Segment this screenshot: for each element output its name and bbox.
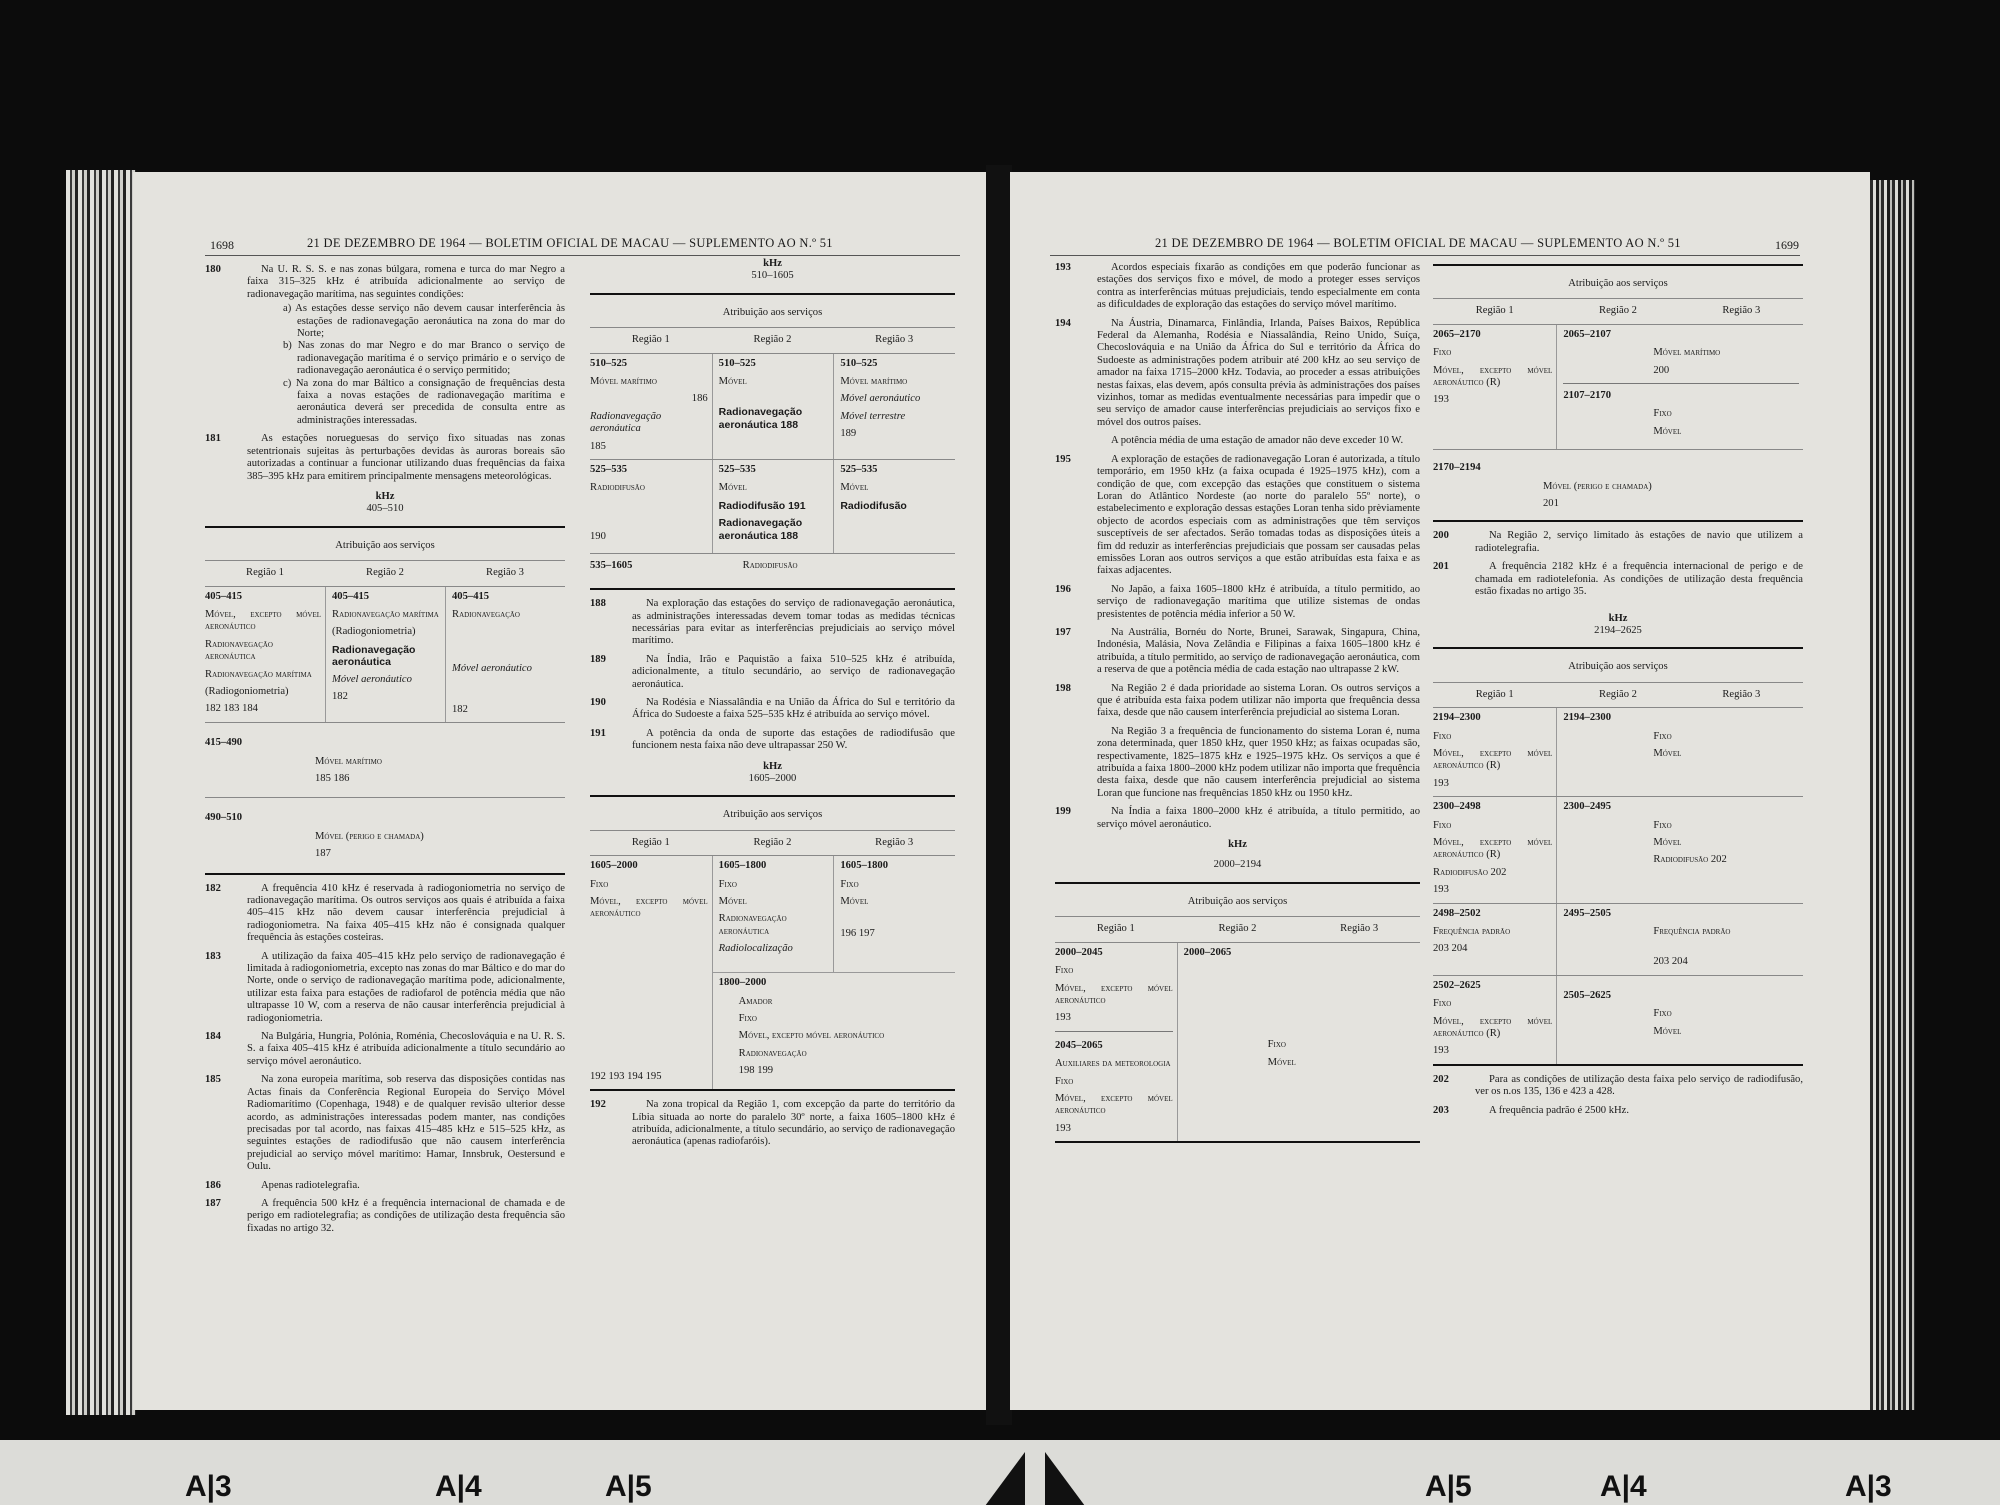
film-arrow-right-icon bbox=[1045, 1452, 1085, 1505]
left-column-1: 180 Na U. R. S. S. e nas zonas búlgara, … bbox=[205, 264, 565, 1241]
footnote-194-cont: A potência média de uma estação de amado… bbox=[1055, 435, 1420, 447]
film-marker: A|3 bbox=[185, 1470, 232, 1504]
footnote-188: 188Na exploração das estações do serviço… bbox=[590, 598, 955, 648]
book-page-edges-right bbox=[1870, 180, 1915, 1410]
footnote-195: 195A exploração de estações de radionave… bbox=[1055, 454, 1420, 578]
footnote-187: 187A frequência 500 kHz é a frequência i… bbox=[205, 1198, 565, 1235]
allocation-table-510-1605: kHz 510–1605 Atribuição aos serviços Reg… bbox=[590, 258, 955, 590]
film-marker: A|4 bbox=[435, 1470, 482, 1504]
allocation-table-2000-2194-cont: Atribuição aos serviços Região 1 Região … bbox=[1433, 278, 1803, 522]
footnote-200: 200Na Região 2, serviço limitado às esta… bbox=[1433, 530, 1803, 555]
footnote-202: 202Para as condições de utilização desta… bbox=[1433, 1074, 1803, 1099]
film-arrow-left-icon bbox=[985, 1452, 1025, 1505]
running-head: 21 DE DEZEMBRO DE 1964 — BOLETIM OFICIAL… bbox=[1155, 236, 1681, 251]
footnote-180: 180 Na U. R. S. S. e nas zonas búlgara, … bbox=[205, 264, 565, 427]
footnote-191: 191A potência da onda de suporte das est… bbox=[590, 728, 955, 753]
allocation-table-2000-2194: kHz 2000–2194 Atribuição aos serviços Re… bbox=[1055, 839, 1420, 1143]
film-marker: A|5 bbox=[1425, 1470, 1472, 1504]
footnote-198-cont: Na Região 3 a frequência de funcionament… bbox=[1055, 726, 1420, 800]
footnote-194: 194Na Áustria, Dinamarca, Finlândia, Irl… bbox=[1055, 318, 1420, 430]
footnote-197: 197Na Austrália, Bornéu do Norte, Brunei… bbox=[1055, 627, 1420, 677]
footnote-185: 185Na zona europeia marítima, sob reserv… bbox=[205, 1074, 565, 1173]
page-number: 1698 bbox=[210, 238, 234, 253]
footnote-192: 192Na zona tropical da Região 1, com exc… bbox=[590, 1099, 955, 1149]
allocation-table-2194-2625: kHz 2194–2625 Atribuição aos serviços Re… bbox=[1433, 613, 1803, 1066]
right-column-1: 193Acordos especiais fixarão as condiçõe… bbox=[1055, 262, 1420, 1151]
running-head: 21 DE DEZEMBRO DE 1964 — BOLETIM OFICIAL… bbox=[307, 236, 833, 251]
film-marker: A|5 bbox=[605, 1470, 652, 1504]
footnote-184: 184Na Bulgária, Hungria, Polónia, Roméni… bbox=[205, 1031, 565, 1068]
footnote-189: 189Na Índia, Irão e Paquistão a faixa 51… bbox=[590, 654, 955, 691]
footnote-183: 183A utilização da faixa 405–415 kHz pel… bbox=[205, 951, 565, 1025]
footnote-193: 193Acordos especiais fixarão as condiçõe… bbox=[1055, 262, 1420, 312]
footnote-203: 203A frequência padrão é 2500 kHz. bbox=[1433, 1105, 1803, 1117]
right-column-2: Atribuição aos serviços Região 1 Região … bbox=[1433, 258, 1803, 1123]
book-page-edges-left bbox=[66, 170, 136, 1415]
allocation-table-1605-2000: kHz 1605–2000 Atribuição aos serviços Re… bbox=[590, 761, 955, 1092]
footnote-198: 198Na Região 2 é dada prioridade ao sist… bbox=[1055, 683, 1420, 720]
allocation-table-405-510: kHz 405–510 Atribuição aos serviços Regi… bbox=[205, 491, 565, 875]
footnote-181: 181 As estações norueguesas do serviço f… bbox=[205, 433, 565, 483]
footnote-182: 182A frequência 410 kHz é reservada à ra… bbox=[205, 883, 565, 945]
header-rule bbox=[1050, 255, 1800, 256]
header-rule bbox=[205, 255, 960, 256]
left-column-2: kHz 510–1605 Atribuição aos serviços Reg… bbox=[590, 258, 955, 1155]
footnote-196: 196No Japão, a faixa 1605–1800 kHz é atr… bbox=[1055, 584, 1420, 621]
book-gutter bbox=[986, 165, 1012, 1425]
film-marker: A|4 bbox=[1600, 1470, 1647, 1504]
footnote-186: 186Apenas radiotelegrafia. bbox=[205, 1180, 565, 1192]
page-number: 1699 bbox=[1775, 238, 1799, 253]
film-marker: A|3 bbox=[1845, 1470, 1892, 1504]
footnote-201: 201A frequência 2182 kHz é a frequência … bbox=[1433, 561, 1803, 598]
footnote-199: 199Na Índia a faixa 1800–2000 kHz é atri… bbox=[1055, 806, 1420, 831]
footnote-190: 190Na Rodésia e Niassalândia e na União … bbox=[590, 697, 955, 722]
